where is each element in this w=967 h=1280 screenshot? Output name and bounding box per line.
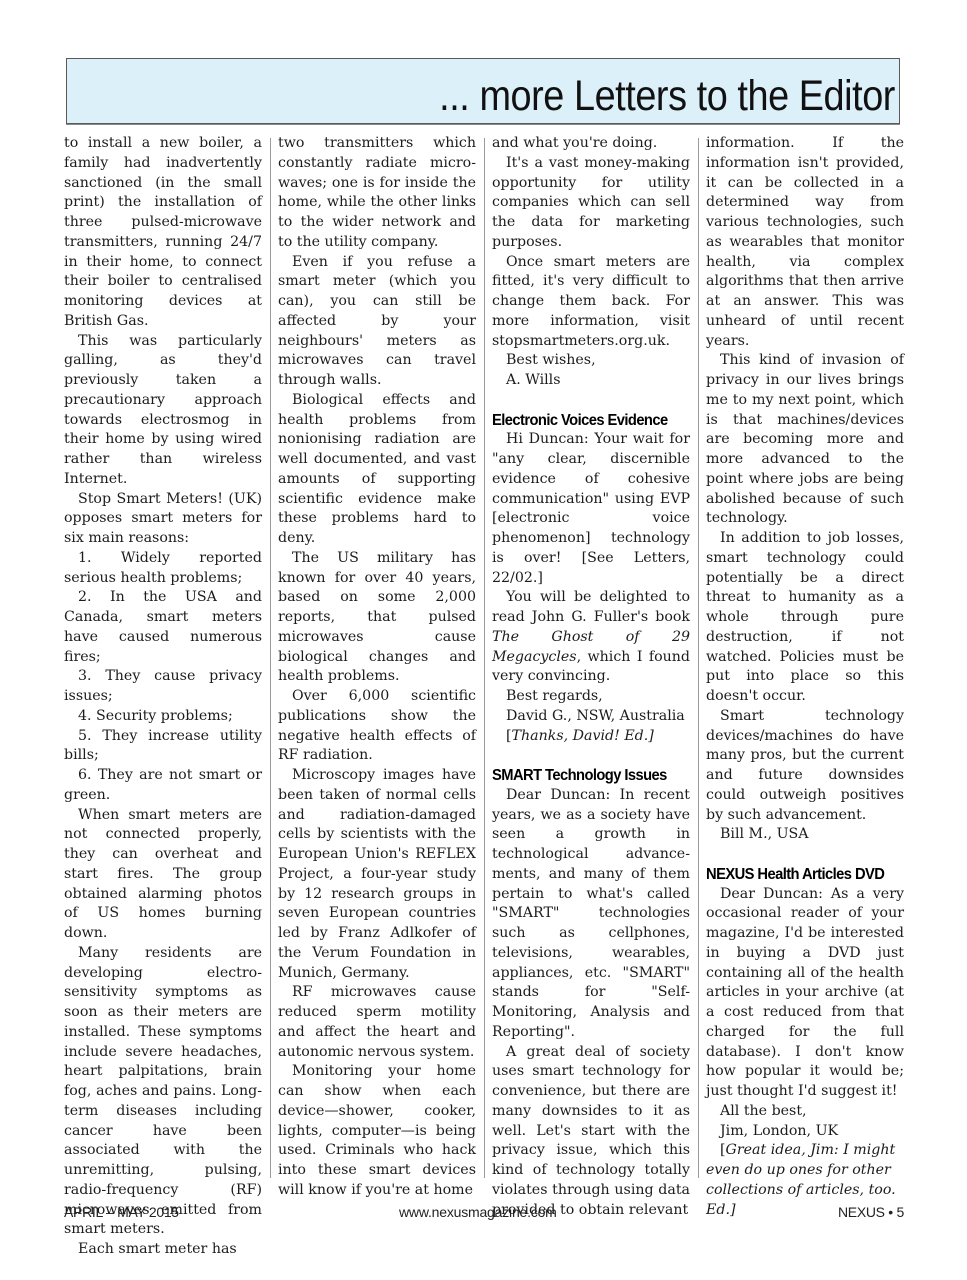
- section-header-banner: ... more Letters to the Editor: [66, 58, 900, 124]
- letter-signature: Jim, London, UK: [706, 1122, 904, 1142]
- letter-heading-nexus-dvd: NEXUS Health Articles DVD: [706, 865, 894, 885]
- paragraph: Once smart meters are fitted, it's very …: [492, 253, 690, 352]
- paragraph: A great deal of society uses smart techn…: [492, 1043, 690, 1221]
- paragraph: In addition to job losses, smart technol…: [706, 529, 904, 707]
- paragraph: Biological effects and health problems f…: [278, 391, 476, 549]
- column-3: and what you're doing. It's a vast money…: [492, 134, 690, 1182]
- text: You will be delighted to read John G. Fu…: [492, 589, 690, 625]
- paragraph: This kind of invasion of privacy in our …: [706, 351, 904, 529]
- editor-initials: Ed.]: [620, 728, 654, 744]
- paragraph: It's a vast money-making opportunity for…: [492, 154, 690, 253]
- editor-note-italic: Great idea, Jim: I might even do up ones…: [706, 1142, 896, 1198]
- paragraph: Even if you refuse a smart meter (which …: [278, 253, 476, 391]
- paragraph: Hi Duncan: Your wait for "any clear, dis…: [492, 430, 690, 588]
- paragraph: Smart technology devices/machines do hav…: [706, 707, 904, 826]
- paragraph: Dear Duncan: As a very occasional reader…: [706, 885, 904, 1102]
- reason-item: 2. In the USA and Canada, smart meters h…: [64, 588, 262, 667]
- paragraph: Many residents are developing electro-se…: [64, 944, 262, 1240]
- paragraph: Dear Duncan: In recent years, we as a so…: [492, 786, 690, 1043]
- paragraph: Microscopy images have been taken of nor…: [278, 766, 476, 983]
- letter-heading-smart-technology: SMART Technology Issues: [492, 766, 680, 786]
- reason-item: 6. They are not smart or green.: [64, 766, 262, 806]
- reason-item: 5. They increase utility bills;: [64, 727, 262, 767]
- paragraph: two transmitters which constantly radiat…: [278, 134, 476, 253]
- column-2: two transmitters which constantly radiat…: [278, 134, 476, 1182]
- section-title: ... more Letters to the Editor: [439, 71, 895, 121]
- reason-item: 3. They cause privacy issues;: [64, 667, 262, 707]
- paragraph: You will be delighted to read John G. Fu…: [492, 588, 690, 687]
- letter-signature: David G., NSW, Australia: [492, 707, 690, 727]
- paragraph: RF microwaves cause reduced sperm motili…: [278, 983, 476, 1062]
- editor-note: [Thanks, David! Ed.]: [492, 727, 690, 747]
- letter-sign-off: Best regards,: [492, 687, 690, 707]
- page-number: NEXUS • 5: [838, 1204, 904, 1220]
- letter-signature: A. Wills: [492, 371, 690, 391]
- paragraph: Each smart meter has: [64, 1240, 262, 1260]
- page-footer: APRIL – MAY 2015 www.nexusmagazine.com N…: [64, 1204, 904, 1226]
- letter-sign-off: Best wishes,: [492, 351, 690, 371]
- issue-date: APRIL – MAY 2015: [64, 1204, 179, 1220]
- paragraph: This was particularly galling, as they'd…: [64, 332, 262, 490]
- letters-columns: to install a new boiler, a family had in…: [64, 134, 904, 1184]
- paragraph: Monitoring your home can show when each …: [278, 1062, 476, 1200]
- reason-item: 4. Security problems;: [64, 707, 262, 727]
- paragraph: Over 6,000 scientific publications show …: [278, 687, 476, 766]
- column-1: to install a new boiler, a family had in…: [64, 134, 262, 1182]
- paragraph: to install a new boiler, a family had in…: [64, 134, 262, 332]
- reason-item: 1. Widely reported serious health proble…: [64, 549, 262, 589]
- letter-sign-off: All the best,: [706, 1102, 904, 1122]
- letter-heading-electronic-voices: Electronic Voices Evidence: [492, 411, 680, 431]
- paragraph: The US military has known for over 40 ye…: [278, 549, 476, 687]
- editor-note-italic: Thanks, David!: [512, 728, 620, 744]
- paragraph: Stop Smart Meters! (UK) opposes smart me…: [64, 490, 262, 549]
- website-link[interactable]: www.nexusmagazine.com: [399, 1204, 557, 1220]
- paragraph: and what you're doing.: [492, 134, 690, 154]
- column-4: information. If the information isn't pr…: [706, 134, 904, 1182]
- paragraph: When smart meters are not connected prop…: [64, 806, 262, 944]
- letter-signature: Bill M., USA: [706, 825, 904, 845]
- paragraph: information. If the information isn't pr…: [706, 134, 904, 351]
